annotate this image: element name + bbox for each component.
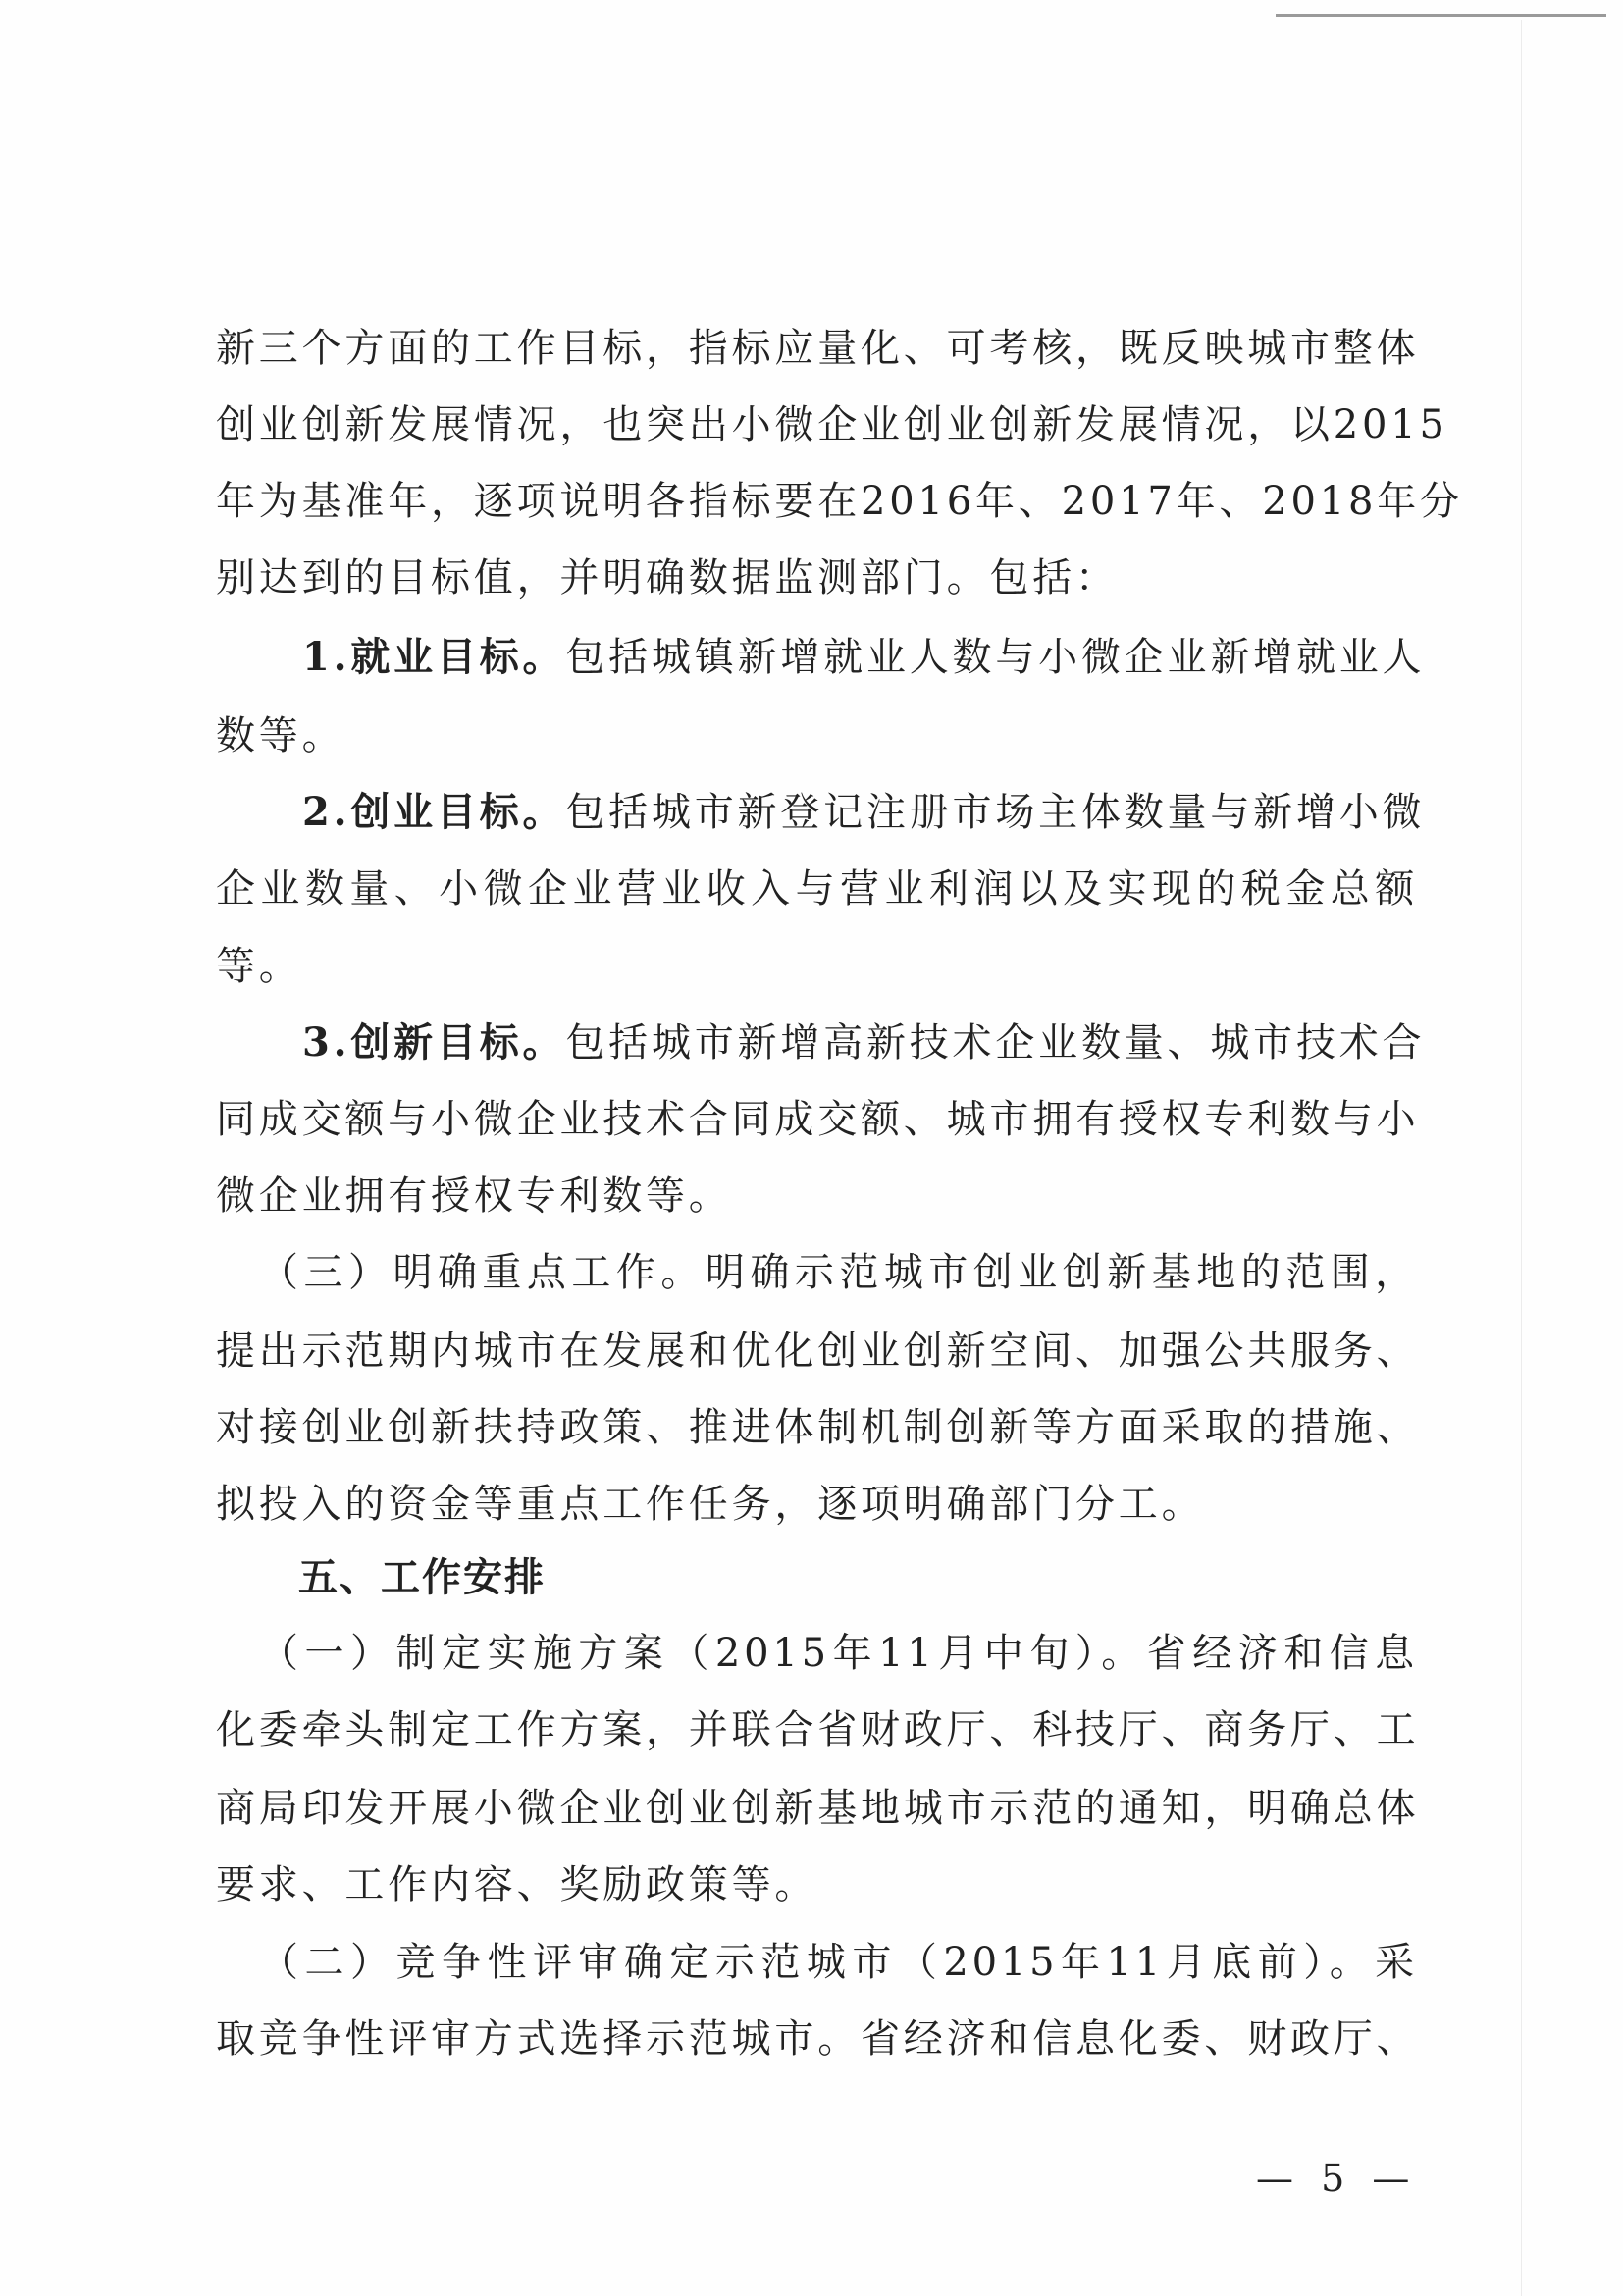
paragraph-line: 微企业拥有授权专利数等。 bbox=[216, 1173, 1418, 1220]
paragraph-line: 同成交额与小微企业技术合同成交额、城市拥有授权专利数与小 bbox=[216, 1096, 1418, 1143]
item-employment-goal: 1.就业目标。包括城镇新增就业人数与小微企业新增就业人 bbox=[216, 634, 1418, 681]
paragraph-line: 新三个方面的工作目标，指标应量化、可考核，既反映城市整体 bbox=[216, 325, 1418, 372]
page-number: — 5 — bbox=[1256, 2157, 1417, 2200]
paragraph-line: 拟投入的资金等重点工作任务，逐项明确部门分工。 bbox=[216, 1481, 1418, 1528]
item-lead: 2.创业目标。 bbox=[302, 789, 565, 835]
paragraph-line: 年为基准年，逐项说明各指标要在2016年、2017年、2018年分 bbox=[216, 478, 1418, 525]
paragraph-line: 取竞争性评审方式选择示范城市。省经济和信息化委、财政厅、 bbox=[216, 2015, 1418, 2062]
paragraph-line: 商局印发开展小微企业创业创新基地城市示范的通知，明确总体 bbox=[216, 1785, 1418, 1832]
paragraph-line: 对接创业创新扶持政策、推进体制机制创新等方面采取的措施、 bbox=[216, 1404, 1418, 1451]
paragraph-line: 等。 bbox=[216, 943, 1418, 990]
item-text: 包括城市新增高新技术企业数量、城市技术合 bbox=[565, 1020, 1425, 1066]
item-innovation-goal: 3.创新目标。包括城市新增高新技术企业数量、城市技术合 bbox=[216, 1019, 1418, 1067]
item-lead: 3.创新目标。 bbox=[302, 1019, 565, 1066]
item-lead: 1.就业目标。 bbox=[302, 634, 565, 680]
paragraph-line: 数等。 bbox=[216, 712, 1418, 759]
paragraph-line: 创业创新发展情况，也突出小微企业创业创新发展情况，以2015 bbox=[216, 401, 1418, 448]
subsection-key-work: （三）明确重点工作。明确示范城市创业创新基地的范围， bbox=[216, 1249, 1418, 1296]
item-entrepreneurship-goal: 2.创业目标。包括城市新登记注册市场主体数量与新增小微 bbox=[216, 789, 1418, 836]
paragraph-line: 要求、工作内容、奖励政策等。 bbox=[216, 1861, 1418, 1908]
scan-fold-line bbox=[1521, 20, 1522, 2296]
subsection-competitive-review: （二）竞争性评审确定示范城市（2015年11月底前）。采 bbox=[216, 1939, 1418, 1986]
paragraph-line: 别达到的目标值，并明确数据监测部门。包括： bbox=[216, 554, 1418, 601]
scan-top-rule bbox=[1276, 14, 1606, 17]
paragraph-line: 化委牵头制定工作方案，并联合省财政厅、科技厅、商务厅、工 bbox=[216, 1706, 1418, 1753]
paragraph-line: 企业数量、小微企业营业收入与营业利润以及实现的税金总额 bbox=[216, 865, 1418, 913]
section-heading-work-arrangement: 五、工作安排 bbox=[216, 1554, 1414, 1601]
subsection-implementation-plan: （一）制定实施方案（2015年11月中旬）。省经济和信息 bbox=[216, 1630, 1418, 1677]
item-text: 包括城市新登记注册市场主体数量与新增小微 bbox=[565, 790, 1425, 835]
paragraph-line: 提出示范期内城市在发展和优化创业创新空间、加强公共服务、 bbox=[216, 1328, 1418, 1375]
item-text: 包括城镇新增就业人数与小微企业新增就业人 bbox=[565, 635, 1425, 680]
